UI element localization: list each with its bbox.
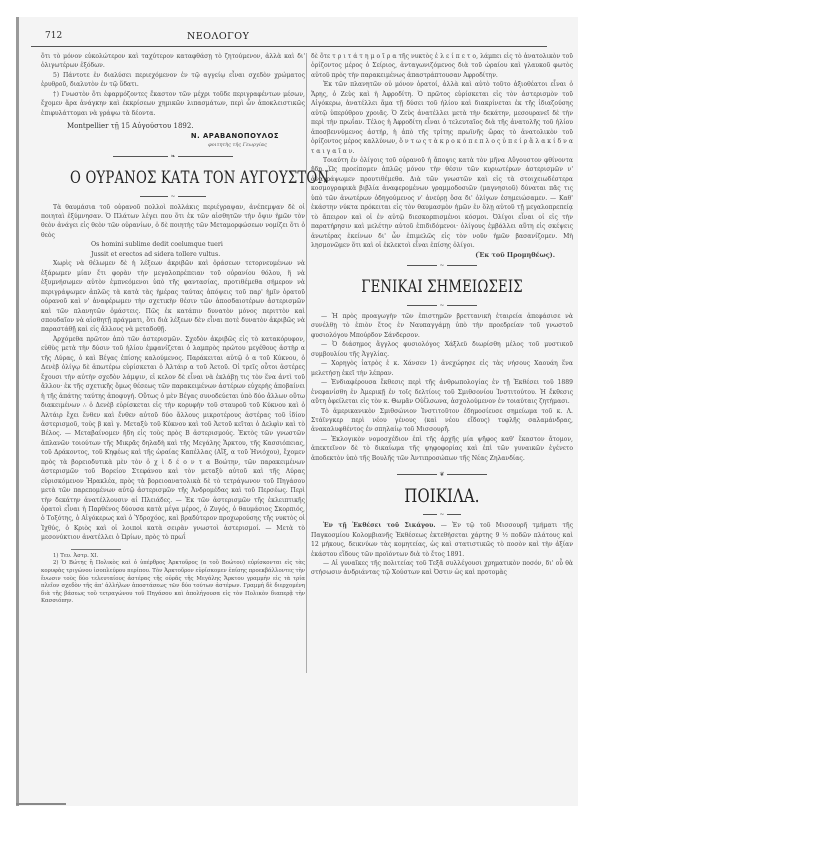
note-item: — Ἐνδιαφέρουσα ἔκθεσις περὶ τῆς ἀνθρωπολ… — [311, 378, 573, 406]
header-rule — [31, 46, 547, 47]
title-ornament: ~ — [311, 300, 573, 312]
article-paragraph: Χωρὶς νὰ θέλωμεν δὲ ἡ λέξεων ἀκριβῶν καὶ… — [41, 259, 305, 335]
footnote-rule — [71, 549, 121, 550]
title-ornament: ~ — [41, 191, 305, 203]
column-divider — [306, 53, 307, 673]
running-title: ΝΕΟΛΟΓΟΥ — [187, 31, 249, 42]
misc-lead: Ἐν τῇ Ἐκθέσει τοῦ Σικάγου. — [323, 522, 435, 529]
author-affiliation: φοιτητὴς τῆς Γεωργίας — [41, 141, 267, 150]
page-number: 712 — [45, 31, 62, 41]
title-ornament: ~ — [311, 509, 573, 521]
continuation-paragraph: 5) Πάντοτε ἐν διαλύσει περιεχόμενον ἐν τ… — [41, 71, 305, 90]
dateline: Montpellier τῇ 15 Αὐγούστου 1892. — [41, 122, 305, 131]
article-source: (Ἐκ τοῦ Προμηθέως). — [311, 251, 555, 260]
misc-item: Ἐν τῇ Ἐκθέσει τοῦ Σικάγου. — Ἐν τῷ τοῦ Μ… — [311, 521, 573, 559]
section-ornament: ❧ — [41, 151, 305, 163]
section-ornament: ❦ — [311, 469, 573, 481]
page-header: 712 ΝΕΟΛΟΓΟΥ — [31, 31, 561, 45]
article-intro: Τὰ θαυμάσια τοῦ οὐρανοῦ πολλοὶ πολλάκις … — [41, 203, 305, 241]
note-item: Τὸ ἀμερικανικὸν Σμιθσώνιον Ἰνστιτοῦτον ἐ… — [311, 407, 573, 435]
continuation-paragraph: ὅτι τὸ μόνον εὐκολώτερον καὶ ταχύτερον κ… — [41, 52, 305, 71]
author-signature: Ν. ΑΡΑΒΑΝΟΠΟΥΛΟΣ — [41, 132, 279, 141]
section-ornament: ~ — [311, 260, 573, 272]
note-item: — Ἐκλογικὸν νομοσχέδιον ἐπὶ τῆς ἀρχῆς μί… — [311, 435, 573, 463]
continuation-paragraph: δὲ ὅτε τ ρ ι τ ά τ η μ ο ῖ ρ α τῆς νυκτὸ… — [311, 52, 573, 80]
page-edge-shadow — [16, 803, 66, 805]
notes-title: ΓΕΝΙΚΑΙ ΣΗΜΕΙΩΣΕΙΣ — [340, 276, 544, 298]
note-item: — Ἡ πρὸς προαγωγὴν τῶν ἐπιστημῶν βρετταν… — [311, 312, 573, 340]
note-item: — Ὁ διάσημος ἄγγλος φυσιολόγος Χάξλεϋ δι… — [311, 340, 573, 359]
left-column: ὅτι τὸ μόνον εὐκολώτερον καὶ ταχύτερον κ… — [41, 52, 305, 606]
newspaper-page: 712 ΝΕΟΛΟΓΟΥ ὅτι τὸ μόνον εὐκολώτερον κα… — [16, 17, 578, 806]
footnote: 2) Ὁ Βώτης ἢ Πολικὸς καὶ ὁ ὑπέρθρος Ἀρκτ… — [41, 560, 305, 606]
misc-title: ΠΟΙΚΙΛΑ. — [340, 485, 544, 507]
note-item: — Χορηγὸς ἰατρὸς ἐ κ. Χάνσεν 1) ἀνεχώρησ… — [311, 359, 573, 378]
latin-quote-line: Os homini sublime dedit coelumque tueri — [41, 240, 305, 249]
article-paragraph: Ἀρχόμεθα πρῶτον ἀπὸ τῶν ἀστερισμῶν. Σχεδ… — [41, 335, 305, 543]
continuation-paragraph: †) Γνωστὸν ὅτι ἐφαρμόζοντες ἕκαστον τῶν … — [41, 90, 305, 118]
misc-item: — Αἱ γυναῖκες τῆς πολιτείας τοῦ Τεξᾶ συλ… — [311, 559, 573, 578]
article-paragraph: Τοιαύτη ἐν ὀλίγοις τοῦ οὐρανοῦ ἡ ἄποψις … — [311, 156, 573, 251]
article-title: Ο ΟΥΡΑΝΟΣ ΚΑΤΑ ΤΟΝ ΑΥΓΟΥΣΤΟΝ — [70, 167, 276, 189]
latin-quote-line: Jussit et erectos ad sidera tollere vult… — [41, 250, 305, 259]
right-column: δὲ ὅτε τ ρ ι τ ά τ η μ ο ῖ ρ α τῆς νυκτὸ… — [311, 52, 573, 578]
article-paragraph: Ἐκ τῶν πλανητῶν οὐ μόνον ὁρατοί, ἀλλὰ κα… — [311, 80, 573, 156]
